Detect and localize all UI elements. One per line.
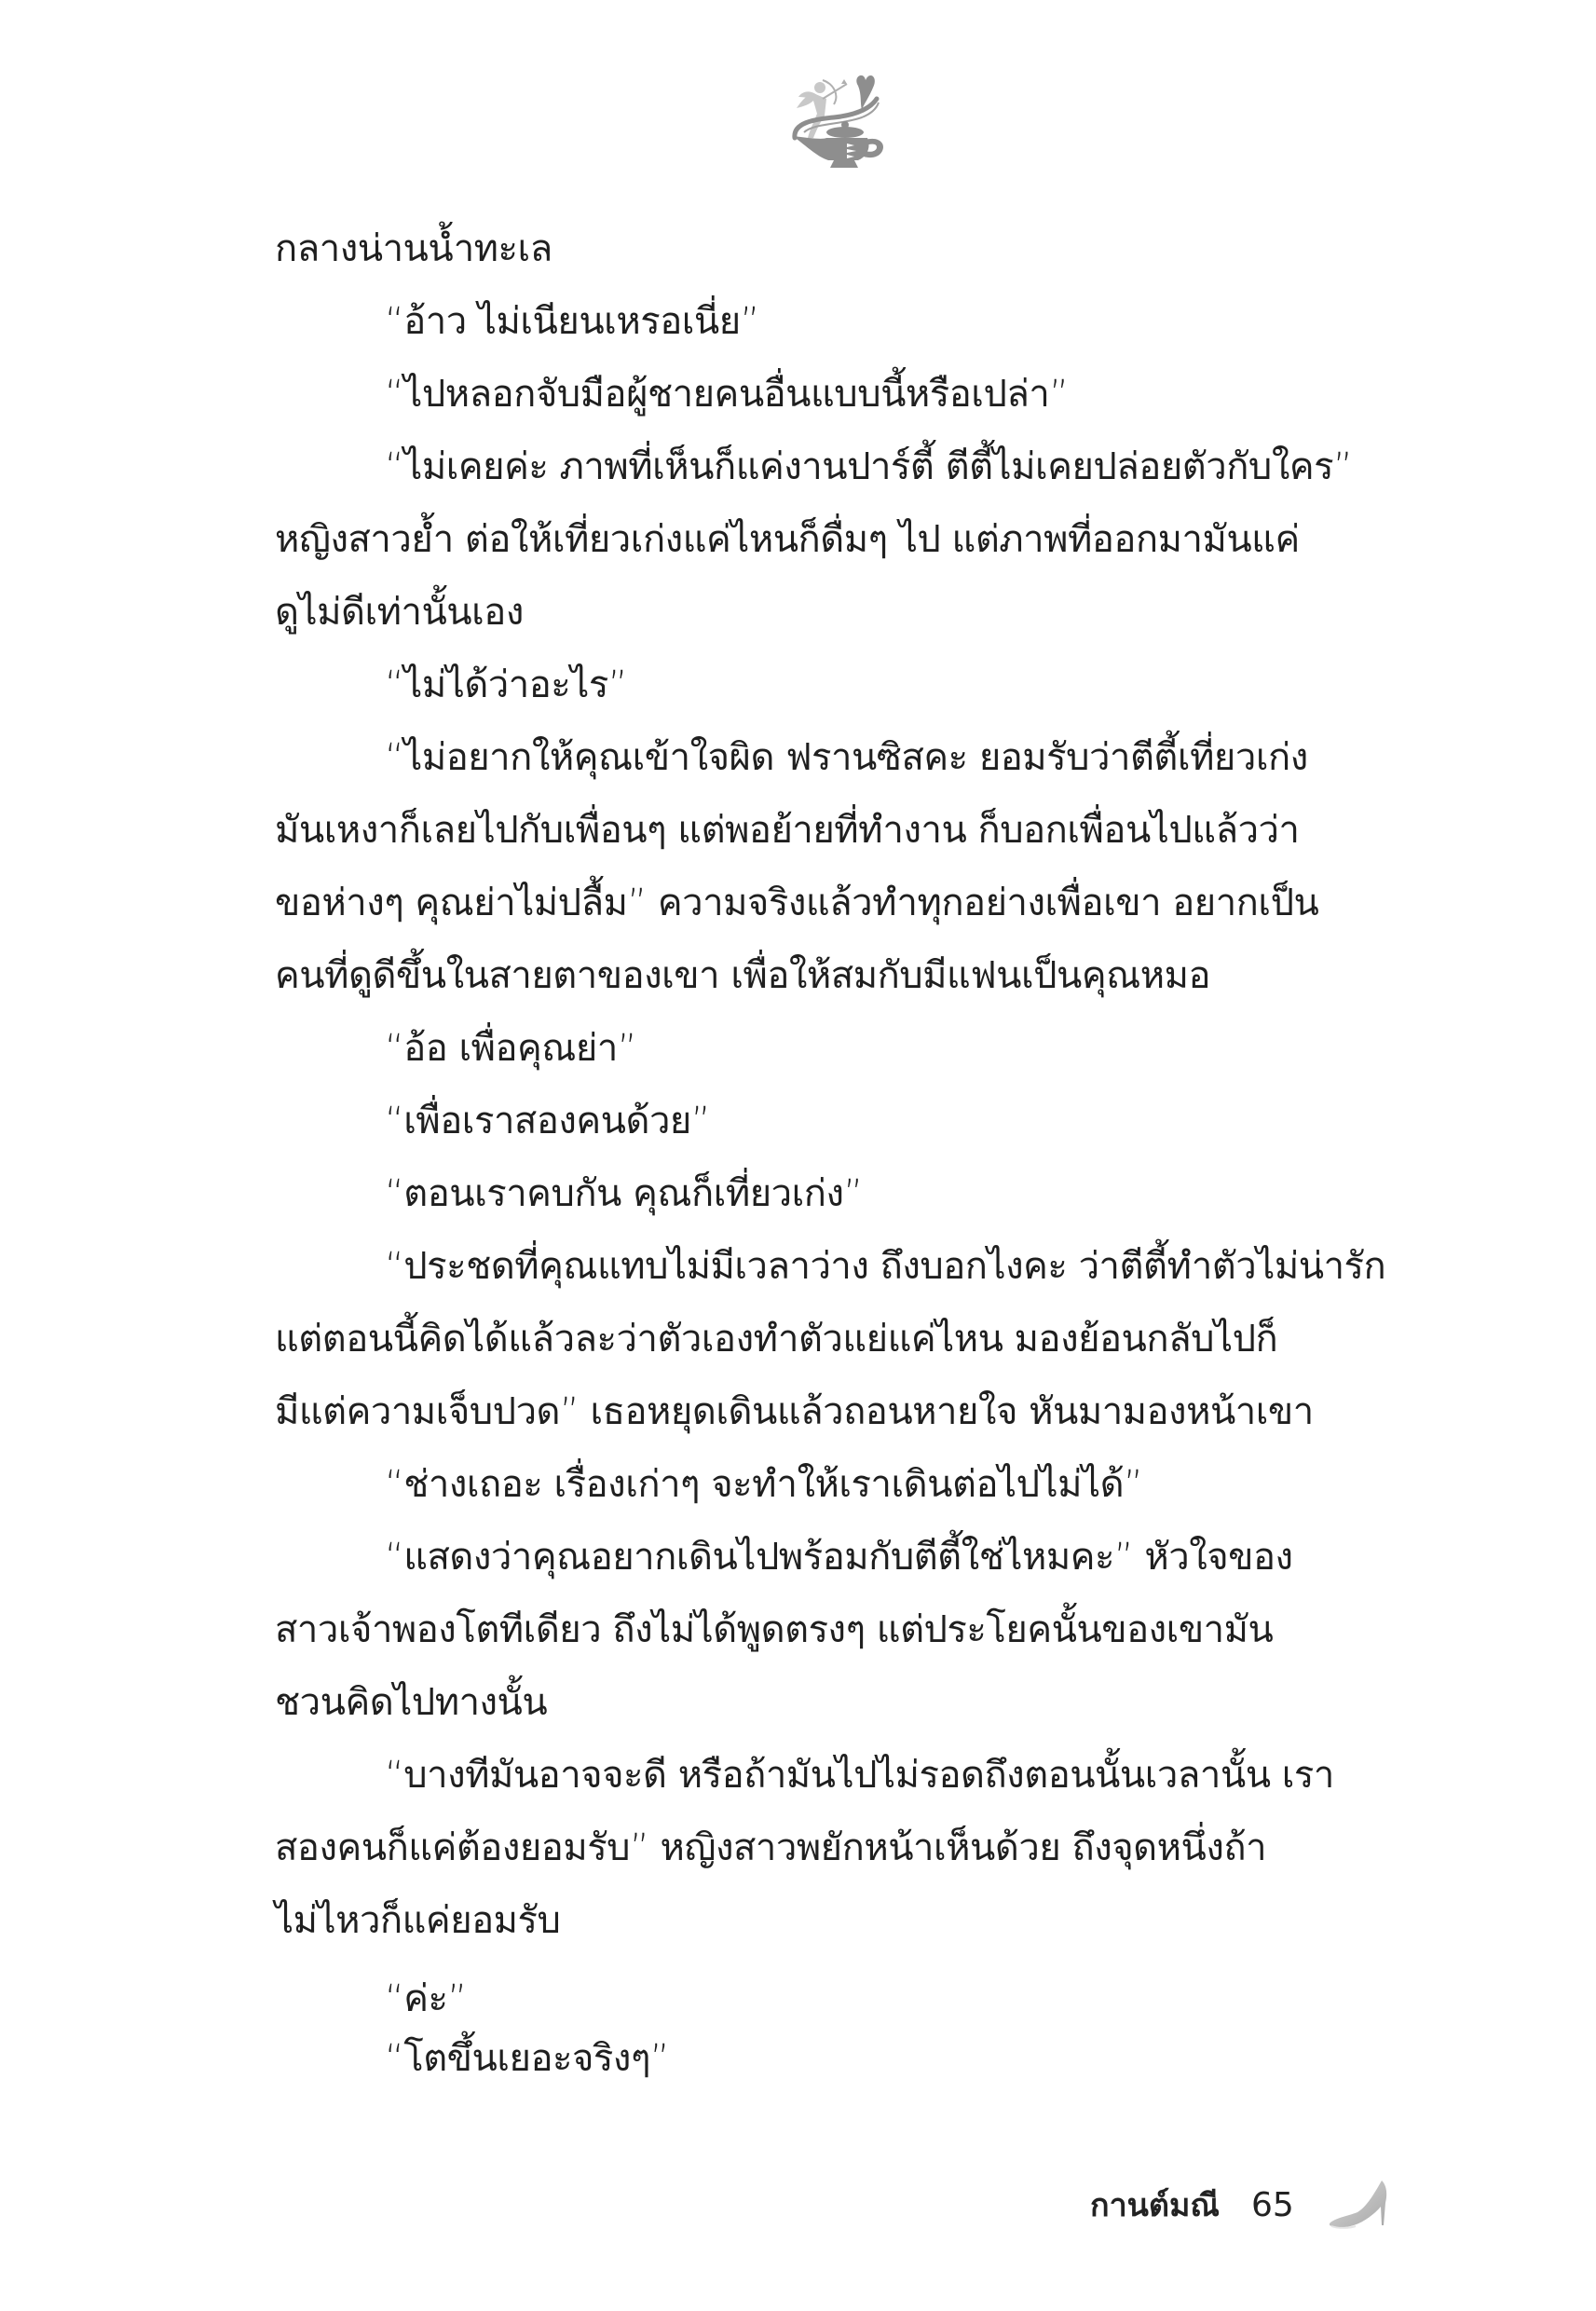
high-heel-shoe-icon [1326, 2177, 1393, 2233]
dialogue-line: “เพื่อเราสองคนด้วย” [275, 1085, 1408, 1157]
dialogue-line: “ช่างเถอะ เรื่องเก่าๆ จะทำให้เราเดินต่อไ… [275, 1448, 1408, 1521]
dialogue-line: “ไปหลอกจับมือผู้ชายคนอื่นแบบนี้หรือเปล่า… [275, 358, 1408, 431]
text-line: แต่ตอนนี้คิดได้แล้วละว่าตัวเองทำตัวแย่แค… [275, 1303, 1408, 1375]
text-line: คนที่ดูดีขึ้นในสายตาของเขา เพื่อให้สมกับ… [275, 939, 1408, 1012]
text-line: มีแต่ความเจ็บปวด” เธอหยุดเดินแล้วถอนหายใ… [275, 1375, 1408, 1448]
dialogue-line: “ไม่ได้ว่าอะไร” [275, 649, 1408, 721]
text-line: ดูไม่ดีเท่านั้นเอง [275, 576, 1408, 649]
text-line: ไม่ไหวก็แค่ยอมรับ [275, 1884, 1408, 1957]
dialogue-line: “บางทีมันอาจจะดี หรือถ้ามันไปไม่รอดถึงตอ… [275, 1739, 1408, 1812]
book-title: กานต์มณี [1090, 2180, 1220, 2230]
page-number: 65 [1251, 2186, 1294, 2224]
text-line: สองคนก็แค่ต้องยอมรับ” หญิงสาวพยักหน้าเห็… [275, 1812, 1408, 1884]
dialogue-line: “โตขึ้นเยอะจริงๆ” [275, 2022, 1408, 2095]
text-line: กลางน่านน้ำทะเล [275, 212, 1408, 285]
dialogue-line: “ตอนเราคบกัน คุณก็เที่ยวเก่ง” [275, 1157, 1408, 1230]
text-line: มันเหงาก็เลยไปกับเพื่อนๆ แต่พอย้ายที่ทำง… [275, 794, 1408, 867]
text-line: ชวนคิดไปทางนั้น [275, 1666, 1408, 1739]
page-footer: กานต์มณี 65 [1090, 2177, 1393, 2233]
text-line: สาวเจ้าพองโตทีเดียว ถึงไม่ได้พูดตรงๆ แต่… [275, 1593, 1408, 1666]
dialogue-line: “ประชดที่คุณแทบไม่มีเวลาว่าง ถึงบอกไงคะ … [275, 1230, 1408, 1303]
dialogue-line: “ไม่เคยค่ะ ภาพที่เห็นก็แค่งานปาร์ตี้ ตีต… [275, 431, 1408, 503]
dialogue-line: “อ้อ เพื่อคุณย่า” [275, 1012, 1408, 1085]
cupid-lamp-logo-icon [785, 58, 897, 171]
dialogue-line: “ไม่อยากให้คุณเข้าใจผิด ฟรานซิสคะ ยอมรับ… [275, 721, 1408, 794]
text-line: ขอห่างๆ คุณย่าไม่ปลื้ม” ความจริงแล้วทำทุ… [275, 867, 1408, 939]
dialogue-line: “อ้าว ไม่เนียนเหรอเนี่ย” [275, 285, 1408, 358]
text-line: หญิงสาวย้ำ ต่อให้เที่ยวเก่งแค่ไหนก็ดื่มๆ… [275, 503, 1408, 576]
dialogue-line: “แสดงว่าคุณอยากเดินไปพร้อมกับตีตี้ใช่ไหม… [275, 1521, 1408, 1593]
page-body-text: กลางน่านน้ำทะเล “อ้าว ไม่เนียนเหรอเนี่ย”… [275, 212, 1408, 2095]
